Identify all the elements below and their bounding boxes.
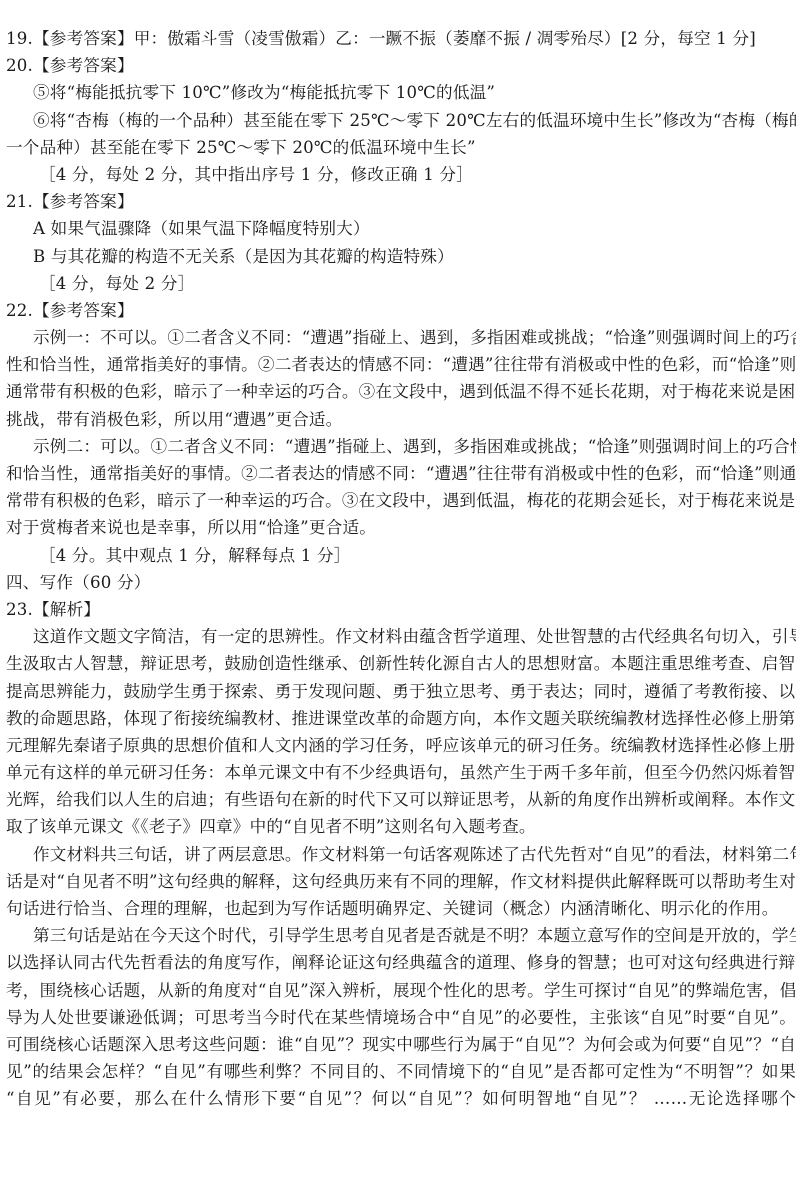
- text-line: 这道作文题文字简洁，有一定的思辨性。作文材料由蕴含哲学道理、处世智慧的古代经典名…: [6, 623, 796, 650]
- text-line: 23.【解析】: [6, 596, 796, 623]
- text-line: 可围绕核心话题深入思考这些问题：谁“自见”？现实中哪些行为属于“自见”？为何会或…: [6, 1031, 796, 1058]
- text-line: 和恰当性，通常指美好的事情。②二者表达的情感不同：“遭遇”往往带有消极或中性的色…: [6, 460, 796, 487]
- text-line: 四、写作（60 分）: [6, 569, 796, 596]
- text-line: B 与其花瓣的构造不无关系（是因为其花瓣的构造特殊）: [6, 243, 796, 270]
- text-line: 示例二：可以。①二者含义不同：“遭遇”指碰上、遇到，多指困难或挑战；“恰逢”则强…: [6, 433, 796, 460]
- text-line: ［4 分，每处 2 分，其中指出序号 1 分，修改正确 1 分］: [6, 161, 796, 188]
- text-line: 以选择认同古代先哲看法的角度写作，阐释论证这句经典蕴含的道理、修身的智慧；也可对…: [6, 949, 796, 976]
- text-line: 第三句话是站在今天这个时代，引导学生思考自见者是否就是不明？本题立意写作的空间是…: [6, 922, 796, 949]
- text-line: A 如果气温骤降（如果气温下降幅度特别大）: [6, 215, 796, 242]
- text-line: 句话进行恰当、合理的理解，也起到为写作话题明确界定、关键词（概念）内涵清晰化、明…: [6, 895, 796, 922]
- text-line: “自见”有必要，那么在什么情形下要“自见”？何以“自见”？如何明智地“自见”？ …: [6, 1085, 796, 1112]
- answer-document: 19.【参考答案】甲：傲霜斗雪（凌雪傲霜）乙：一蹶不振（萎靡不振 / 凋零殆尽）…: [6, 25, 796, 1113]
- text-line: 元理解先秦诸子原典的思想价值和人文内涵的学习任务，呼应该单元的研习任务。统编教材…: [6, 732, 796, 759]
- text-line: 22.【参考答案】: [6, 297, 796, 324]
- text-line: 作文材料共三句话，讲了两层意思。作文材料第一句话客观陈述了古代先哲对“自见”的看…: [6, 841, 796, 868]
- text-line: 见”的结果会怎样？“自见”有哪些利弊？不同目的、不同情境下的“自见”是否都可定性…: [6, 1058, 796, 1085]
- text-line: 通常带有积极的色彩，暗示了一种幸运的巧合。③在文段中，遇到低温不得不延长花期，对…: [6, 378, 796, 405]
- text-line: 考，围绕核心话题，从新的角度对“自见”深入辨析，展现个性化的思考。学生可探讨“自…: [6, 977, 796, 1004]
- text-line: 光辉，给我们以人生的启迪；有些语句在新的时代下又可以辩证思考，从新的角度作出辨析…: [6, 786, 796, 813]
- text-line: 提高思辨能力，鼓励学生勇于探索、勇于发现问题、勇于独立思考、勇于表达；同时，遵循…: [6, 678, 796, 705]
- text-line: 教的命题思路，体现了衔接统编教材、推进课堂改革的命题方向，本作文题关联统编教材选…: [6, 705, 796, 732]
- text-line: 20.【参考答案】: [6, 52, 796, 79]
- text-line: 导为人处世要谦逊低调；可思考当今时代在某些情境场合中“自见”的必要性，主张该“自…: [6, 1004, 796, 1031]
- text-line: 单元有这样的单元研习任务：本单元课文中有不少经典语句，虽然产生于两千多年前，但至…: [6, 759, 796, 786]
- text-line: 对于赏梅者来说也是幸事，所以用“恰逢”更合适。: [6, 514, 796, 541]
- text-line: 生汲取古人智慧，辩证思考，鼓励创造性继承、创新性转化源自古人的思想财富。本题注重…: [6, 650, 796, 677]
- text-line: ［4 分。其中观点 1 分，解释每点 1 分］: [6, 542, 796, 569]
- text-line: 一个品种）甚至能在零下 25℃～零下 20℃的低温环境中生长”: [6, 134, 796, 161]
- text-line: 21.【参考答案】: [6, 188, 796, 215]
- text-line: ［4 分，每处 2 分］: [6, 270, 796, 297]
- text-line: 挑战，带有消极色彩，所以用“遭遇”更合适。: [6, 406, 796, 433]
- text-line: 示例一：不可以。①二者含义不同：“遭遇”指碰上、遇到，多指困难或挑战；“恰逢”则…: [6, 324, 796, 351]
- text-line: 常带有积极的色彩，暗示了一种幸运的巧合。③在文段中，遇到低温，梅花的花期会延长，…: [6, 487, 796, 514]
- text-line: ⑥将“杏梅（梅的一个品种）甚至能在零下 25℃～零下 20℃左右的低温环境中生长…: [6, 107, 796, 134]
- text-line: ⑤将“梅能抵抗零下 10℃”修改为“梅能抵抗零下 10℃的低温”: [6, 79, 796, 106]
- text-line: 性和恰当性，通常指美好的事情。②二者表达的情感不同：“遭遇”往往带有消极或中性的…: [6, 351, 796, 378]
- text-line: 话是对“自见者不明”这句经典的解释，这句经典历来有不同的理解，作文材料提供此解释…: [6, 868, 796, 895]
- text-line: 取了该单元课文《《老子》四章》中的“自见者不明”这则名句入题考查。: [6, 813, 796, 840]
- text-line: 19.【参考答案】甲：傲霜斗雪（凌雪傲霜）乙：一蹶不振（萎靡不振 / 凋零殆尽）…: [6, 25, 796, 52]
